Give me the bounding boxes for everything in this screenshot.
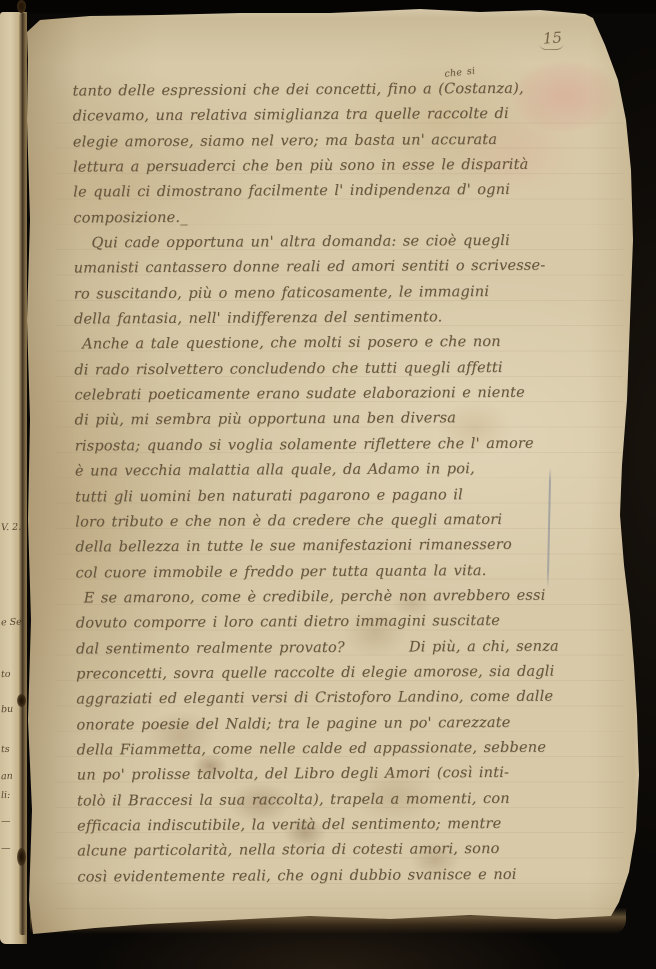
manuscript-line: tutti gli uomini ben naturati pagarono e… <box>75 482 580 510</box>
stitch-knot <box>17 848 26 866</box>
manuscript-line: aggraziati ed eleganti versi di Cristofo… <box>76 685 581 713</box>
manuscript-line: umanisti cantassero donne reali ed amori… <box>74 254 579 282</box>
manuscript-line: le quali ci dimostrano facilmente l' ind… <box>73 178 578 206</box>
manuscript-line: efficacia indiscutibile, la verità del s… <box>77 811 582 839</box>
manuscript-line: E se amarono, come è credibile, perchè n… <box>76 583 581 611</box>
stitch-knot <box>17 694 26 707</box>
manuscript-line: celebrati poeticamente erano sudate elab… <box>74 381 579 409</box>
manuscript-line: Anche a tale questione, che molti si pos… <box>74 330 579 358</box>
manuscript-line: tolò il Braccesi la sua raccolta), trape… <box>77 786 582 814</box>
manuscript-line: elegie amorose, siamo nel vero; ma basta… <box>73 127 578 155</box>
gutter-fragment: — <box>1 817 11 827</box>
gutter-fragment: bu <box>1 705 14 715</box>
manuscript-line: dal sentimento realmente provato? Di più… <box>76 634 581 662</box>
manuscript-line: dicevamo, una relativa simiglianza tra q… <box>73 102 578 130</box>
gutter-fragment: to <box>1 670 11 680</box>
manuscript-line: Qui cade opportuna un' altra domanda: se… <box>73 229 578 257</box>
manuscript-page: 15 che si tanto delle espressioni che de… <box>20 8 648 946</box>
binding-crease <box>19 13 27 935</box>
manuscript-line: di più, mi sembra più opportuna una ben … <box>75 406 580 434</box>
manuscript-line: della bellezza in tutte le sue manifesta… <box>75 533 580 561</box>
manuscript-line: risposta; quando si voglia solamente rif… <box>75 431 580 459</box>
manuscript-line: loro tributo e che non è da credere che … <box>75 507 580 535</box>
manuscript-line: col cuore immobile e freddo per tutta qu… <box>75 558 580 586</box>
manuscript-line: preconcetti, sovra quelle raccolte di el… <box>76 659 581 687</box>
gutter-fragment: ts <box>1 745 10 755</box>
stitch-knot <box>17 0 26 13</box>
gutter-fragment: — <box>1 844 11 854</box>
manuscript-scan: V. 2. e Se to bu ts an li: — — 15 che si… <box>0 0 656 969</box>
manuscript-line: della fantasia, nell' indifferenza del s… <box>74 305 579 333</box>
manuscript-line: tanto delle espressioni che dei concetti… <box>73 76 578 104</box>
manuscript-line: lettura a persuaderci che ben più sono i… <box>73 152 578 180</box>
manuscript-line: è una vecchia malattia alla quale, da Ad… <box>75 457 580 485</box>
manuscript-line: della Fiammetta, come nelle calde ed app… <box>77 735 582 763</box>
manuscript-line: un po' prolisse talvolta, del Libro degl… <box>77 761 582 789</box>
manuscript-line: di rado risolvettero concludendo che tut… <box>74 355 579 383</box>
manuscript-line: dovuto comporre i loro canti dietro imma… <box>76 609 581 637</box>
manuscript-line: onorate poesie del Naldi; tra le pagine … <box>76 710 581 738</box>
manuscript-line: così evidentemente reali, che ogni dubbi… <box>77 862 582 890</box>
gutter-fragment: li: <box>1 791 11 801</box>
manuscript-line: composizione._ <box>73 203 578 231</box>
manuscript-line: alcune particolarità, nella storia di co… <box>77 837 582 865</box>
gutter-fragment: an <box>1 772 13 782</box>
page-number: 15 <box>542 29 563 50</box>
manuscript-line: ro suscitando, più o meno faticosamente,… <box>74 279 579 307</box>
handwritten-text-block: che si tanto delle espressioni che dei c… <box>73 76 583 890</box>
